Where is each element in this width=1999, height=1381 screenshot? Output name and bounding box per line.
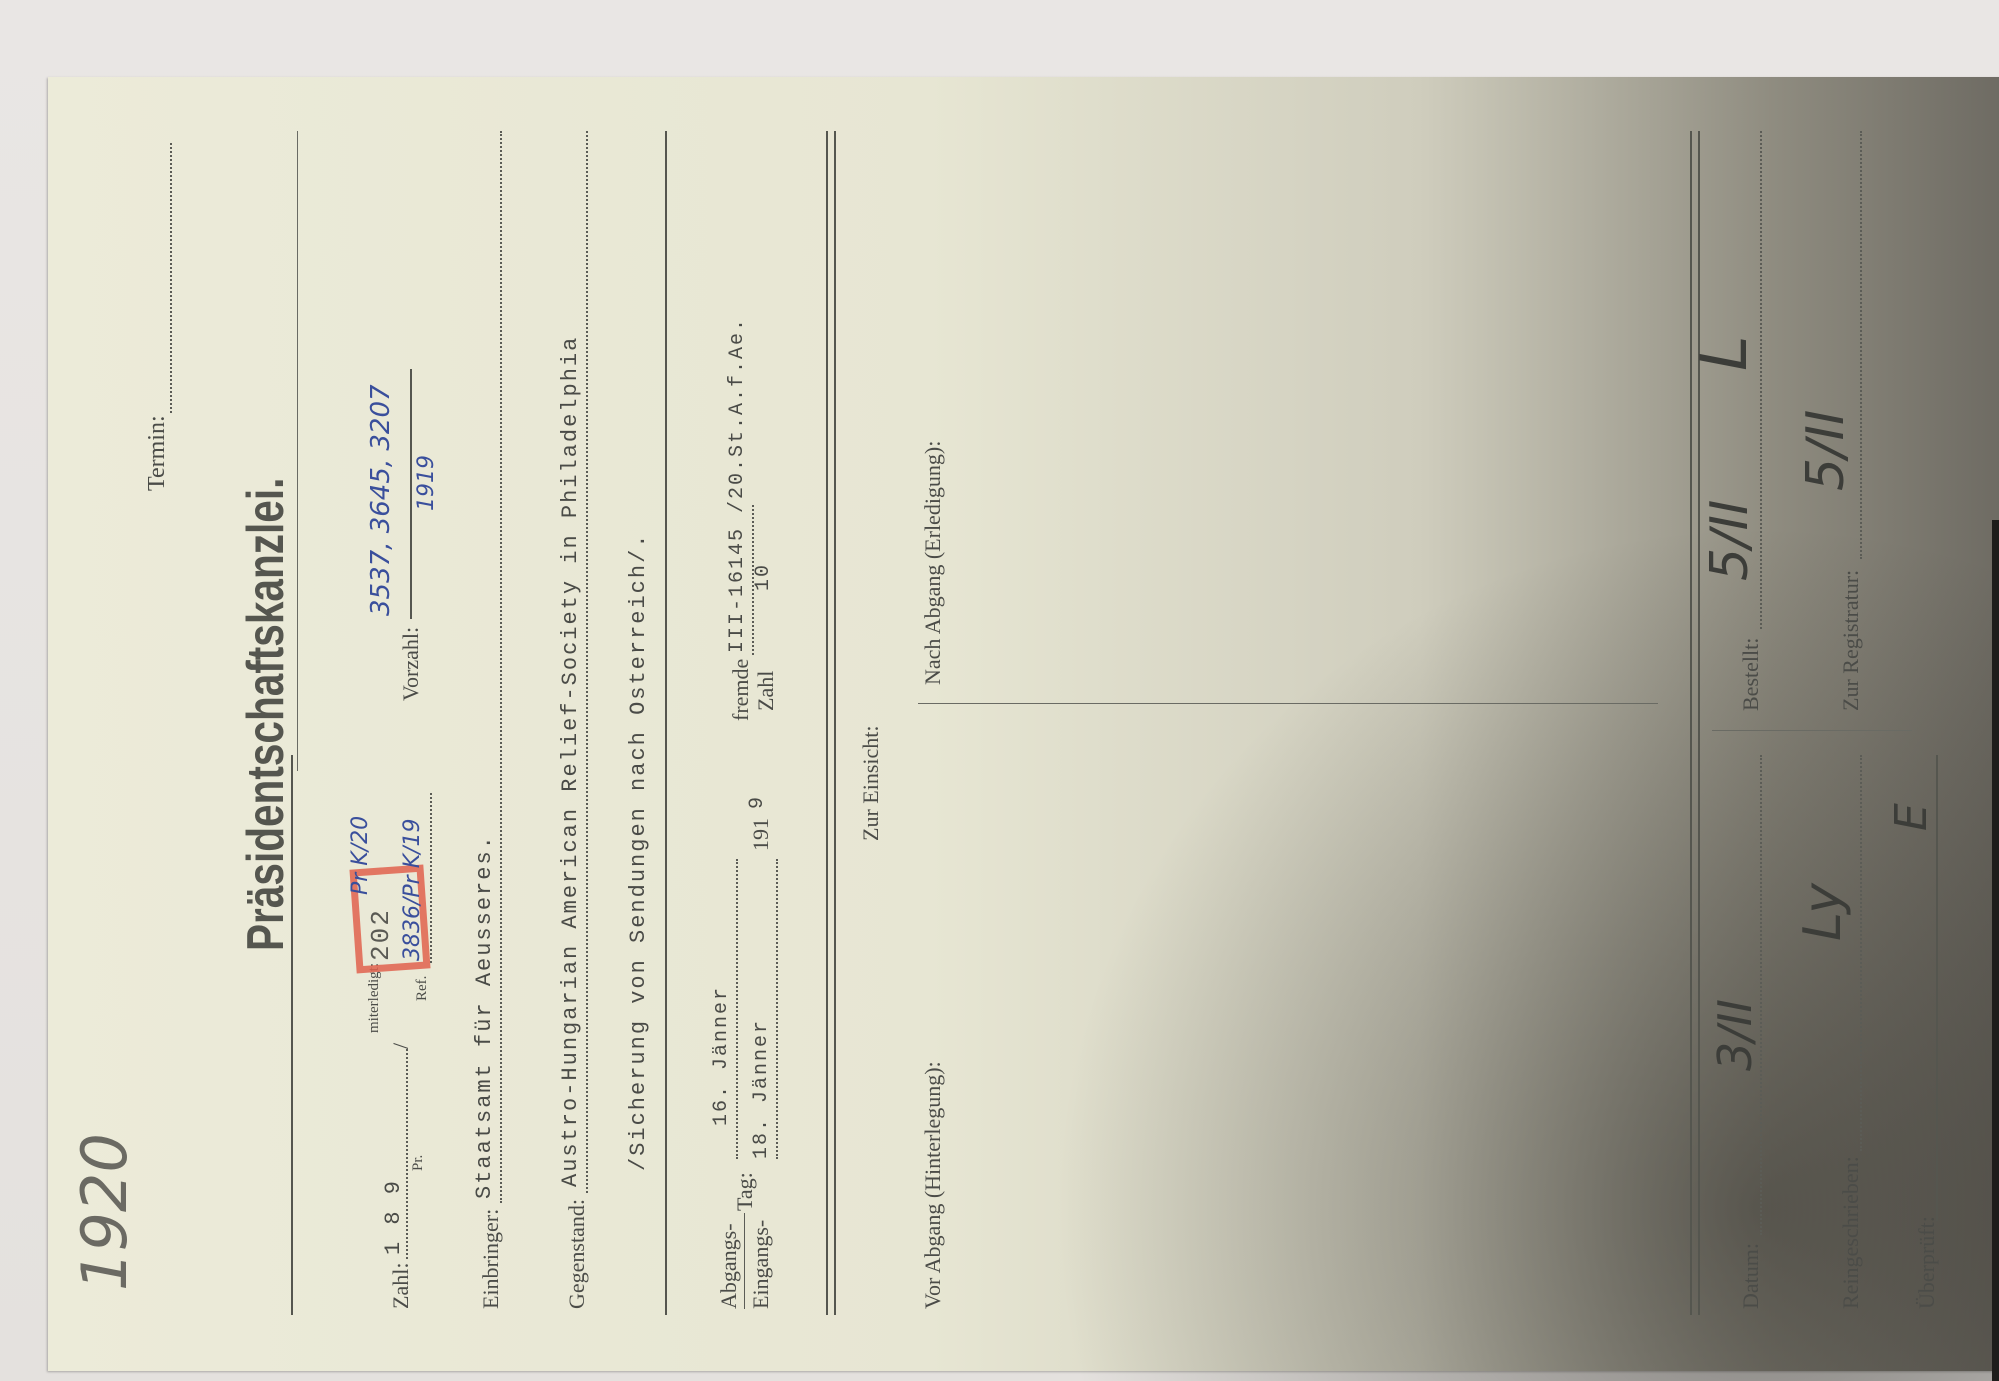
eingangs-field[interactable] (776, 859, 778, 1159)
year-prefix: 191 (748, 818, 774, 851)
page-title: Präsidentschaftskanzlei. (236, 478, 296, 951)
gegenstand-label: Gegenstand: (564, 1199, 590, 1309)
fremde-sub: 10 (752, 563, 775, 591)
fremde-zahl-label: Zahl (753, 671, 779, 711)
zahl-slash: / (388, 1043, 414, 1049)
zahl-pr-label: Pr. (410, 1155, 427, 1171)
vorzahl-year: 1919 (414, 455, 439, 511)
title-rule-left (291, 755, 293, 1315)
zahl-value: 1 8 9 (381, 1179, 406, 1255)
reingeschrieben-signature: Ly (1793, 883, 1853, 941)
nach-abgang-label: Nach Abgang (Erledigung): (920, 441, 946, 685)
double-rule-2b (1698, 131, 1700, 1315)
einbringer-label: Einbringer: (478, 1209, 504, 1309)
bestellt-label: Bestellt: (1738, 638, 1764, 711)
registratur-field[interactable] (1860, 131, 1862, 559)
vorzahl-field[interactable] (410, 369, 412, 619)
bestellt-initials: L (1688, 335, 1762, 371)
reingeschrieben-field[interactable] (1860, 755, 1862, 1151)
section-rule (665, 131, 667, 1315)
registratur-signature: 5/II (1796, 410, 1856, 491)
abgangs-label: Abgangs- (716, 1223, 742, 1309)
abgangs-value: 16. Jänner (710, 986, 733, 1126)
vorzahl-label: Vorzahl: (398, 627, 424, 701)
datum-field[interactable] (1760, 755, 1762, 1235)
registry-form: 1920 Termin: Präsidentschaftskanzlei. Za… (48, 77, 1999, 1371)
miterledigt-note: Pr K/20 (348, 816, 373, 895)
einbringer-value: Staatsamt für Aeusseres. (472, 834, 497, 1199)
footer-divider (1712, 730, 1912, 731)
miterledigt-value: 202 (366, 908, 396, 961)
eingangs-label: Eingangs- (748, 1220, 774, 1309)
eingangs-value: 18. Jänner (750, 1019, 773, 1159)
reingeschrieben-label: Reingeschrieben: (1838, 1156, 1864, 1309)
gegenstand-line-1: Austro-Hungarian American Relief-Society… (558, 336, 583, 1187)
gegenstand-field-1[interactable] (586, 131, 588, 1193)
tag-label: Tag: (732, 1172, 758, 1211)
datum-label: Datum: (1738, 1243, 1764, 1309)
gegenstand-line-2: /Sicherung von Sendungen nach Osterreich… (626, 533, 651, 1172)
ueberprueft-signature: E (1886, 803, 1937, 831)
vor-abgang-label: Vor Abgang (Hinterlegung): (920, 1061, 946, 1309)
ref-field[interactable] (430, 793, 432, 963)
zahl-field[interactable] (406, 1049, 408, 1259)
abgangs-field[interactable] (736, 859, 738, 1159)
double-rule-1b (834, 131, 836, 1315)
einbringer-field[interactable] (500, 131, 502, 1203)
termin-field[interactable] (170, 143, 172, 413)
title-rule-right (297, 131, 298, 771)
registratur-label: Zur Registratur: (1838, 570, 1864, 711)
double-rule-2a (1690, 131, 1692, 1315)
abgang-divider (918, 703, 1658, 704)
zahl-label: Zahl: (388, 1263, 414, 1309)
double-rule-1a (826, 131, 828, 1315)
datum-signature: 3/II (1708, 999, 1762, 1071)
bestellt-field[interactable] (1760, 131, 1762, 629)
year-suffix: 9 (746, 795, 769, 809)
abgangs-eingangs-divider (744, 1213, 745, 1309)
fremde-value: III-16145 /20.St.A.f.Ae. (726, 317, 749, 653)
zur-einsicht-label: Zur Einsicht: (858, 726, 884, 841)
ref-label: Ref. (414, 976, 431, 1001)
bestellt-signature: 5/II (1700, 500, 1760, 581)
fremde-label: fremde (728, 659, 754, 721)
miterledigt-label: miterledigt: (366, 963, 383, 1033)
year-annotation: 1920 (68, 1133, 141, 1291)
ueberprueft-label: Überprüft: (1914, 1216, 1940, 1309)
ref-value: 3836/Pr K/19 (400, 818, 425, 961)
termin-label: Termin: (144, 415, 171, 491)
vorzahl-value: 3537, 3645, 3207 (366, 384, 396, 616)
